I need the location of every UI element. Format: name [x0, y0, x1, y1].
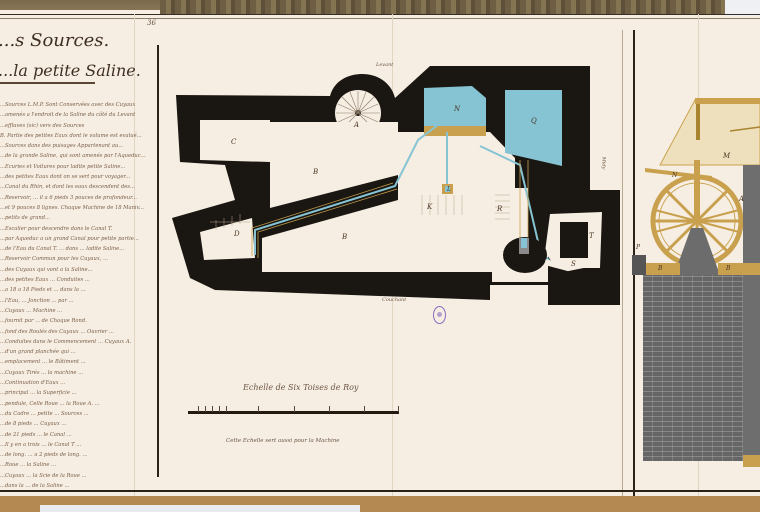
machine-label-b: B — [658, 265, 662, 272]
machine-label-p: P — [636, 244, 640, 251]
scanned-document: 36 ...s Sources. ...la petite Saline. ..… — [0, 0, 760, 512]
machine-label-a: A — [739, 195, 744, 203]
machine-label-b2: B — [726, 265, 730, 272]
machine-label-m: M — [723, 152, 730, 160]
machine-label-n: N — [672, 172, 677, 179]
brick-texture — [643, 275, 743, 461]
hopper-m — [660, 100, 760, 165]
